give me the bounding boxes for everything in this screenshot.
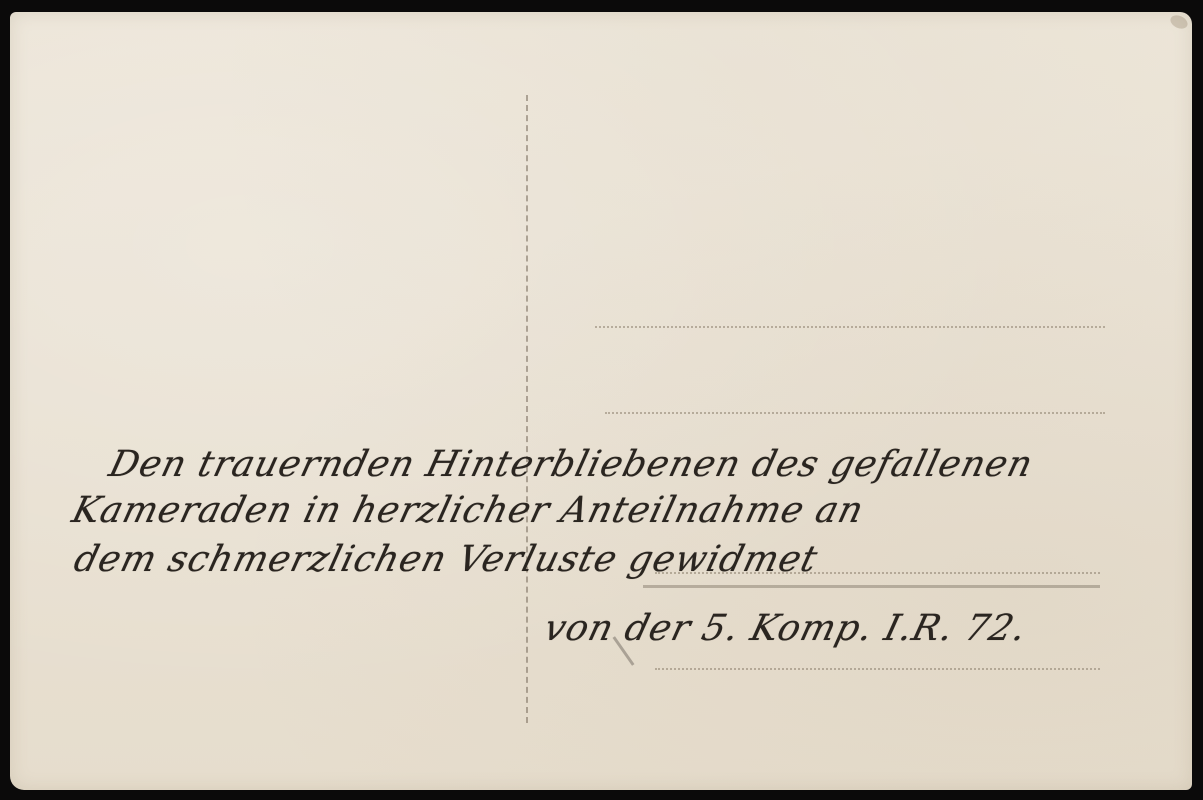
address-line-5 — [655, 668, 1100, 670]
address-line-2 — [605, 412, 1105, 414]
message-line-3: dem schmerzlichen Verluste gewidmet — [70, 539, 822, 580]
corner-wear — [1168, 13, 1189, 31]
message-line-2: Kameraden in herzlicher Anteilnahme an — [68, 490, 868, 531]
address-line-4-solid — [643, 585, 1100, 588]
address-line-1 — [595, 326, 1105, 328]
postcard-back: Den trauernden Hinterbliebenen des gefal… — [10, 12, 1192, 790]
center-divider-line — [526, 95, 528, 723]
postcard-scan: Den trauernden Hinterbliebenen des gefal… — [0, 0, 1203, 800]
signature: von der 5. Komp. I.R. 72. — [540, 608, 1031, 649]
message-line-1: Den trauernden Hinterbliebenen des gefal… — [105, 444, 1037, 485]
